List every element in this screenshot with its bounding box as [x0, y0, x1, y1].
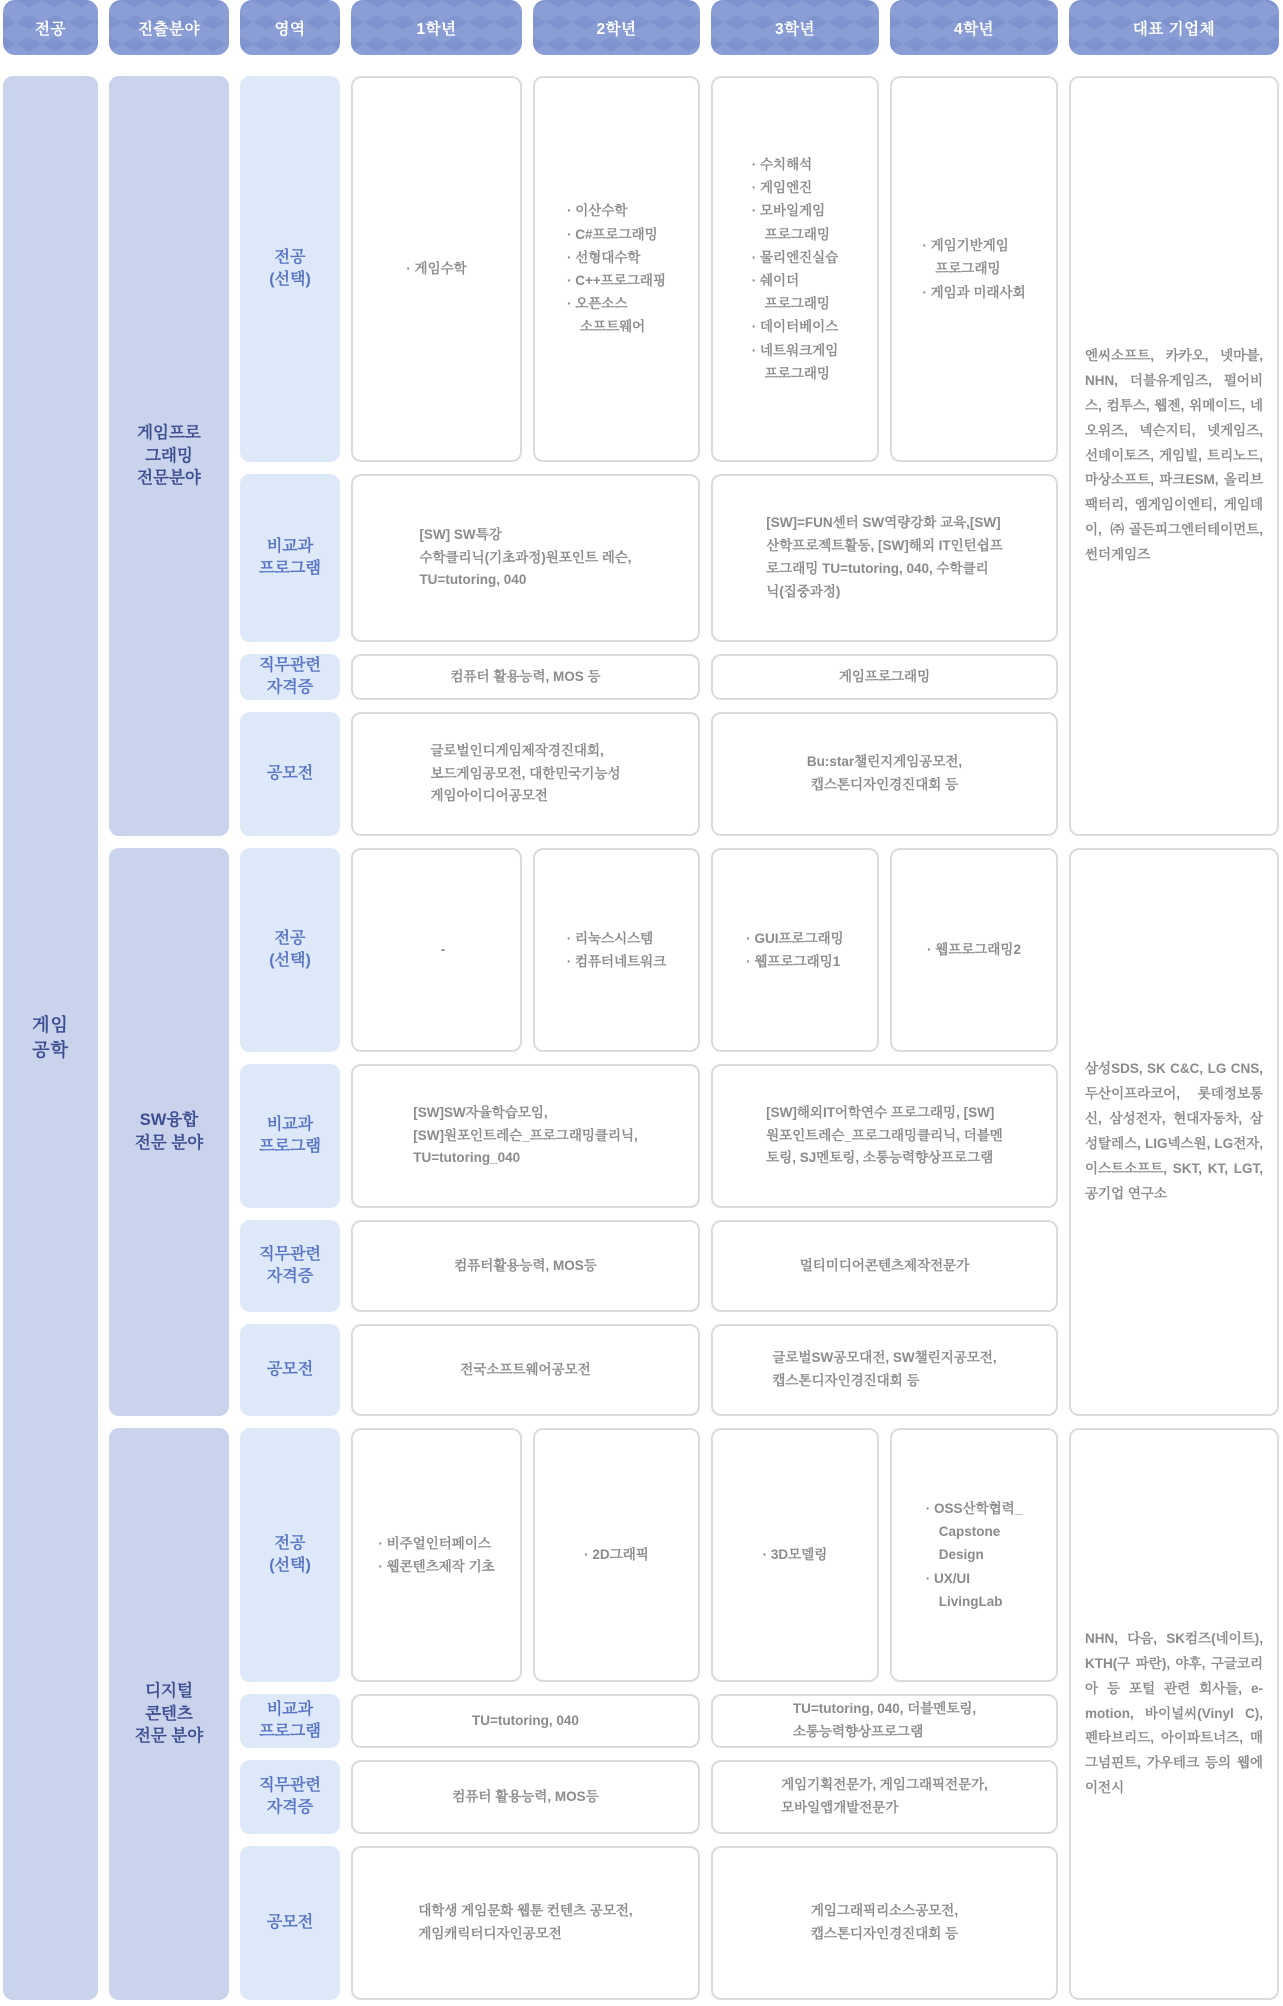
g1-cert-y12-cell: 컴퓨터 활용능력, MOS 등 [351, 654, 700, 700]
g1-companies-cell: 엔씨소프트, 카카오, 넷마블, NHN, 더블유게임즈, 펄어비스, 컴투스,… [1069, 76, 1279, 836]
header-area: 영역 [240, 0, 340, 55]
g1-major-year4-cell: · 게임기반게임프로그래밍· 게임과 미래사회 [890, 76, 1058, 462]
g2-extra-y34-cell: [SW]해외IT어학연수 프로그래밍, [SW]원포인트레슨_프로그래밍클리닉,… [711, 1064, 1058, 1208]
header-career-field: 진출분야 [109, 0, 229, 55]
curriculum-roadmap-table: 전공 진출분야 영역 1학년 2학년 3학년 4학년 대표 기업체 게임공학 게… [3, 0, 1279, 2000]
header-year-1: 1학년 [351, 0, 522, 55]
g3-major-year2-cell: · 2D그래픽 [533, 1428, 700, 1682]
g2-companies-cell: 삼성SDS, SK C&C, LG CNS, 두산이프라코어, 롯데정보통신, … [1069, 848, 1279, 1416]
table-body: 게임공학 게임프로그래밍전문분야 SW융합전문 분야 디지털콘텐츠전문 분야 전… [3, 76, 1279, 2000]
major-column-cell: 게임공학 [3, 76, 98, 2000]
g2-cert-y12-cell: 컴퓨터활용능력, MOS등 [351, 1220, 700, 1312]
g1-major-year3-cell: · 수치해석· 게임엔진· 모바일게임프로그래밍· 물리엔진실습· 쉐이더프로그… [711, 76, 879, 462]
g3-cert-y12-cell: 컴퓨터 활용능력, MOS등 [351, 1760, 700, 1834]
header-year-4: 4학년 [890, 0, 1058, 55]
g1-contest-y34-cell: Bu:star챌린지게임공모전,캡스톤디자인경진대회 등 [711, 712, 1058, 836]
header-year-2: 2학년 [533, 0, 700, 55]
area-label-g1-contest: 공모전 [240, 712, 340, 836]
g3-major-year3-cell: · 3D모델링 [711, 1428, 879, 1682]
g1-major-year2-cell: · 이산수학· C#프로그래밍· 선형대수학· C++프로그래핑· 오픈소스소프… [533, 76, 700, 462]
header-year-3: 3학년 [711, 0, 879, 55]
g2-major-year4-cell: · 웹프로그래밍2 [890, 848, 1058, 1052]
area-label-g3-major: 전공(선택) [240, 1428, 340, 1682]
area-label-g1-extra: 비교과프로그램 [240, 474, 340, 642]
area-label-g2-cert: 직무관련자격증 [240, 1220, 340, 1312]
g2-contest-y12-cell: 전국소프트웨어공모전 [351, 1324, 700, 1416]
field-label-g2: SW융합전문 분야 [109, 848, 229, 1416]
g1-extra-y34-cell: [SW]=FUN센터 SW역량강화 교육,[SW]산학프로젝트활동, [SW]해… [711, 474, 1058, 642]
area-label-g3-cert: 직무관련자격증 [240, 1760, 340, 1834]
g1-major-year1-cell: · 게임수학 [351, 76, 522, 462]
g2-extra-y12-cell: [SW]SW자율학습모임,[SW]원포인트레슨_프로그래밍클리닉,TU=tuto… [351, 1064, 700, 1208]
field-label-g3: 디지털콘텐츠전문 분야 [109, 1428, 229, 2000]
table-header-row: 전공 진출분야 영역 1학년 2학년 3학년 4학년 대표 기업체 [3, 0, 1279, 55]
g3-major-year1-cell: · 비주얼인터페이스· 웹콘텐츠제작 기초 [351, 1428, 522, 1682]
g3-companies-cell: NHN, 다음, SK컴즈(네이트), KTH(구 파란), 야후, 구글코리아… [1069, 1428, 1279, 2000]
header-major: 전공 [3, 0, 98, 55]
g3-contest-y34-cell: 게임그래픽리소스공모전,캡스톤디자인경진대회 등 [711, 1846, 1058, 2000]
area-label-g3-contest: 공모전 [240, 1846, 340, 2000]
area-label-g2-major: 전공(선택) [240, 848, 340, 1052]
area-label-g3-extra: 비교과프로그램 [240, 1694, 340, 1748]
g3-contest-y12-cell: 대학생 게임문화 웹툰 컨텐츠 공모전,게임캐릭터디자인공모전 [351, 1846, 700, 2000]
g1-cert-y34-cell: 게임프로그래밍 [711, 654, 1058, 700]
g3-major-year4-cell: · OSS산학협력_CapstoneDesign· UX/UILivingLab [890, 1428, 1058, 1682]
area-label-g2-extra: 비교과프로그램 [240, 1064, 340, 1208]
g2-major-year2-cell: · 리눅스시스템· 컴퓨터네트워크 [533, 848, 700, 1052]
area-label-g1-major: 전공(선택) [240, 76, 340, 462]
field-label-g1: 게임프로그래밍전문분야 [109, 76, 229, 836]
g1-contest-y12-cell: 글로벌인디게임제작경진대회,보드게임공모전, 대한민국기능성게임아이디어공모전 [351, 712, 700, 836]
g3-cert-y34-cell: 게임기획전문가, 게임그래픽전문가,모바일앱개발전문가 [711, 1760, 1058, 1834]
g3-extra-y12-cell: TU=tutoring, 040 [351, 1694, 700, 1748]
g2-contest-y34-cell: 글로벌SW공모대전, SW챌린지공모전,캡스톤디자인경진대회 등 [711, 1324, 1058, 1416]
header-companies: 대표 기업체 [1069, 0, 1279, 55]
area-label-g2-contest: 공모전 [240, 1324, 340, 1416]
g1-extra-y12-cell: [SW] SW특강수학클리닉(기초과정)원포인트 레슨,TU=tutoring,… [351, 474, 700, 642]
g3-extra-y34-cell: TU=tutoring, 040, 더블멘토링,소통능력향상프로그램 [711, 1694, 1058, 1748]
g2-major-year1-cell: - [351, 848, 522, 1052]
g2-major-year3-cell: · GUI프로그래밍· 웹프로그래밍1 [711, 848, 879, 1052]
g2-cert-y34-cell: 멀티미디어콘텐츠제작전문가 [711, 1220, 1058, 1312]
area-label-g1-cert: 직무관련자격증 [240, 654, 340, 700]
